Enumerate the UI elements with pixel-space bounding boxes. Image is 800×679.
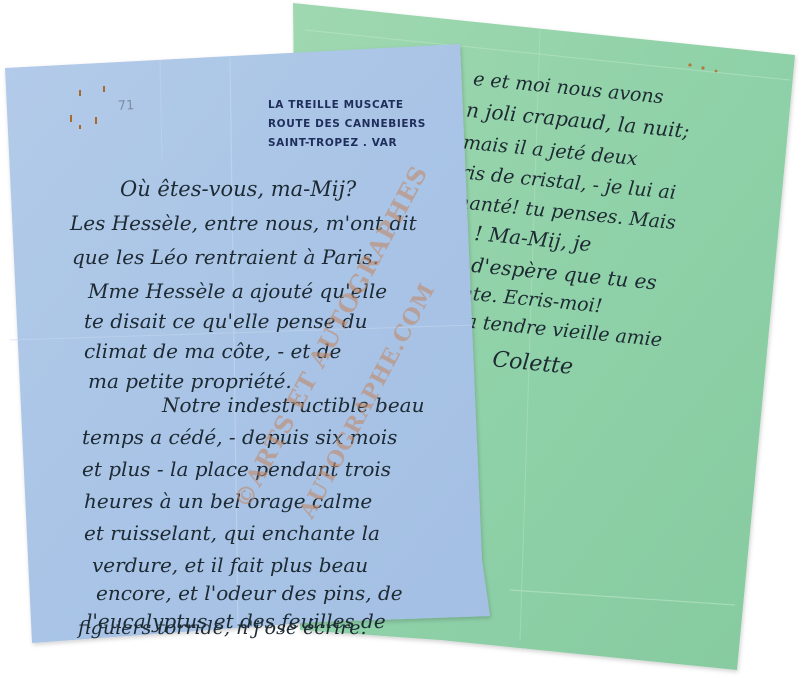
blue-line-16: figuiers torride, n'j'ose écrire. <box>76 617 367 639</box>
blue-line-3: que les Léo rentraient à Paris. <box>72 245 379 269</box>
letters-photo: e et moi nous avons n joli crapaud, la n… <box>0 0 800 679</box>
blue-line-2: Les Hessèle, entre nous, m'ont dit <box>69 211 418 235</box>
pencil-note: 71 <box>117 98 134 114</box>
blue-line-1: Où êtes-vous, ma-Mij? <box>120 177 357 201</box>
letterhead-line-1: LA TREILLE MUSCATE <box>268 99 404 111</box>
blue-line-14: encore, et l'odeur des pins, de <box>96 581 403 605</box>
blue-line-12: et ruisselant, qui enchante la <box>84 521 380 545</box>
blue-line-7: ma petite propriété. <box>88 369 292 393</box>
letterhead-line-3: SAINT-TROPEZ . VAR <box>268 137 397 149</box>
blue-line-13: verdure, et il fait plus beau <box>92 553 368 577</box>
letterhead-line-2: ROUTE DES CANNEBIERS <box>268 118 426 130</box>
blue-letter-sheet: 71 LA TREILLE MUSCATE ROUTE DES CANNEBIE… <box>5 44 490 643</box>
